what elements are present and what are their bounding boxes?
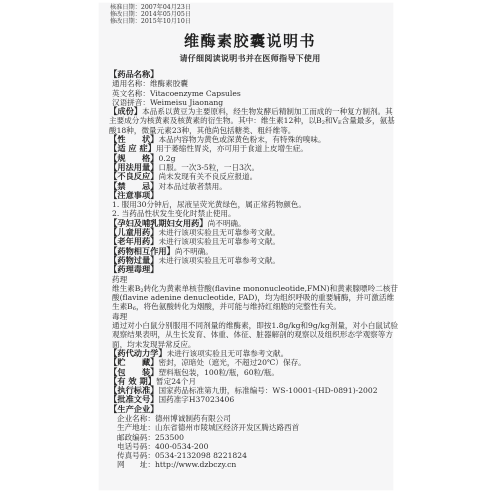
document-title: 维酶素胶囊说明书	[0, 30, 500, 51]
document-subtitle: 请仔细阅读说明书并在医师指导下使用	[0, 53, 500, 64]
company-website: 网 址：http://www.dzbczy.cn	[109, 460, 391, 469]
approval-date: 核准日期：2007年04月23日	[110, 4, 191, 11]
section-precautions: 【注意事项】	[109, 191, 391, 200]
section-pharmacology-toxicology: 【药理毒理】	[109, 265, 391, 274]
company-phone: 电话号码：400-0534-200	[109, 442, 391, 451]
section-drug-name: 【药品名称】	[109, 70, 391, 79]
pharmacology-subheading: 药理	[109, 275, 391, 284]
revision-date-1: 修改日期：2014年05月05日	[110, 11, 191, 18]
revision-date-2: 修改日期：2015年10月10日	[110, 18, 191, 25]
leaflet-body: 【药品名称】 通用名称：维酶素胶囊 英文名称：Vitacoenzyme Caps…	[109, 70, 391, 470]
generic-name: 通用名称：维酶素胶囊	[109, 79, 391, 88]
english-name: 英文名称：Vitacoenzyme Capsules	[109, 89, 391, 98]
company-name: 企业名称：德州博诚制药有限公司	[109, 414, 391, 423]
pinyin-name: 汉语拼音：Weimeisu Jiaonang	[109, 98, 391, 107]
toxicology-subheading: 毒理	[109, 312, 391, 321]
section-manufacturer: 【生产企业】	[109, 405, 391, 414]
revision-dates: 核准日期：2007年04月23日 修改日期：2014年05月05日 修改日期：2…	[110, 4, 191, 25]
company-address: 生产地址：山东省德州市陵城区经济开发区腾达路西首	[109, 423, 391, 432]
pharmacology-line-1: 维生素B2转化为黄素单核苷酸(flavine mononucleotide,FM…	[109, 284, 391, 293]
toxicology-line-1: 通过对小白鼠分别服用不同剂量的维酶素，即按1.8g/kg和9g/kg剂量，对小白…	[109, 321, 391, 330]
pharmacology-line-3: 生素B6，将色氨酸转化为烟酸，并可能与维持红细胞的完整性有关。	[109, 302, 391, 311]
composition-line-2: 主要成分为核黄素及核黄素的衍生物。其中：维生素12种，以B2和VE含量最多，氨基	[109, 116, 391, 125]
company-postcode: 邮政编码：253500	[109, 433, 391, 442]
toxicology-line-2: 观察结果表明，从生长发育、体重、体征、脏器解剖的观察以及组织形态学观察等方	[109, 330, 391, 339]
